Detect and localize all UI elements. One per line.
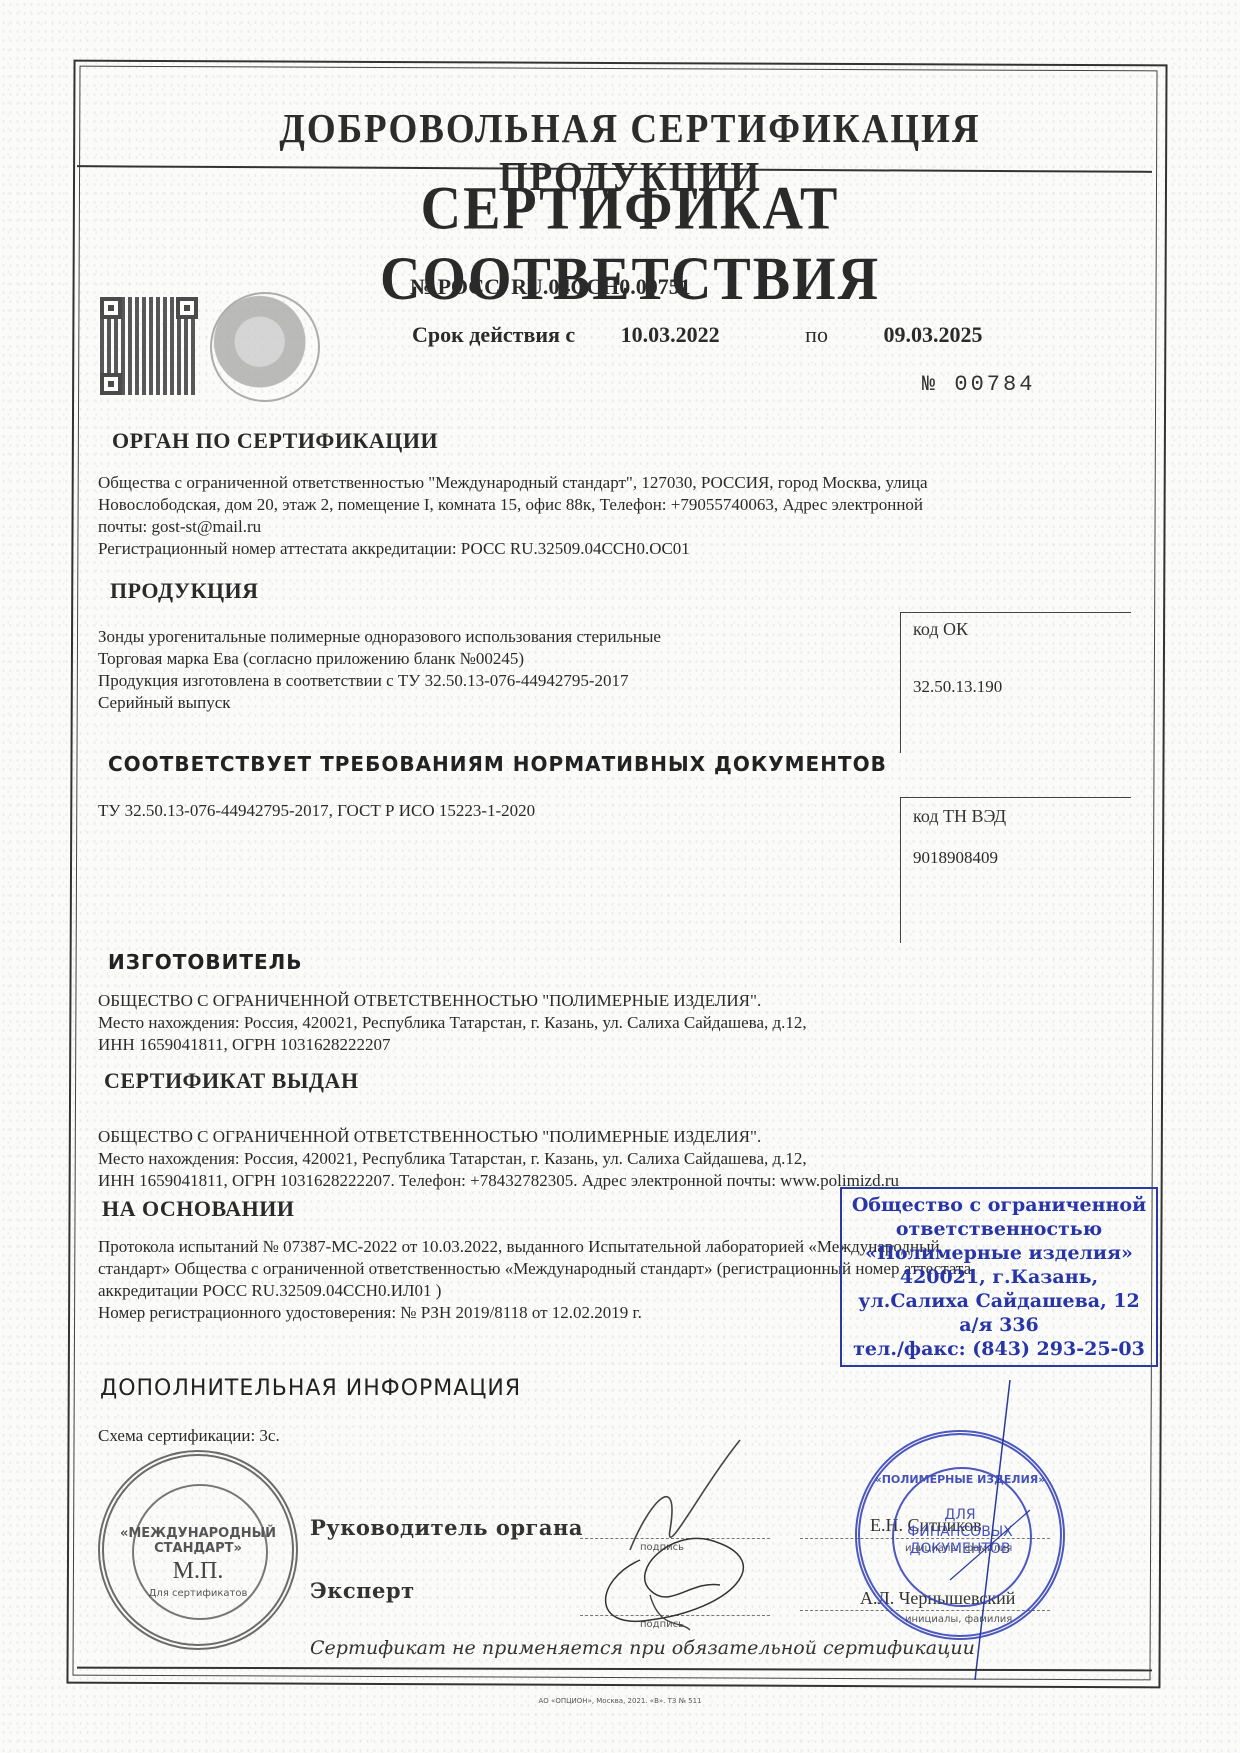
certification-body-line: Общества с ограниченной ответственностью… <box>98 472 1148 494</box>
product-details: Зонды урогенитальные полимерные одноразо… <box>98 626 878 714</box>
certification-body-seal: «МЕЖДУНАРОДНЫЙ СТАНДАРТ» М.П. Для сертиф… <box>98 1450 298 1650</box>
issued-to-details: ОБЩЕСТВО С ОГРАНИЧЕННОЙ ОТВЕТСТВЕННОСТЬЮ… <box>98 1126 1138 1192</box>
printer-imprint: АО «ОПЦИОН», Москва, 2021. «В». ТЗ № 511 <box>0 1697 1240 1705</box>
issued-to-heading: СЕРТИФИКАТ ВЫДАН <box>104 1068 359 1094</box>
manufacturer-line: Место нахождения: Россия, 420021, Респуб… <box>98 1012 1098 1034</box>
tnved-code-label: код ТН ВЭД <box>913 806 1006 827</box>
certificate-number: № РОСС. RU.04CCH0.00751 <box>410 274 691 300</box>
manufacturer-heading: ИЗГОТОВИТЕЛЬ <box>108 950 302 974</box>
certification-body-details: Общества с ограниченной ответственностью… <box>98 472 1148 560</box>
certification-body-line: почты: gost-st@mail.ru <box>98 516 1148 538</box>
product-line: Торговая марка Ева (согласно приложению … <box>98 648 878 670</box>
product-heading: ПРОДУКЦИЯ <box>110 578 259 604</box>
compliance-heading: СООТВЕТСТВУЕТ ТРЕБОВАНИЯМ НОРМАТИВНЫХ ДО… <box>108 752 887 776</box>
head-of-body-label: Руководитель органа <box>310 1515 583 1540</box>
qr-code-icon <box>100 297 198 395</box>
stamp-place-label: М.П. <box>104 1558 292 1585</box>
expert-label: Эксперт <box>310 1578 415 1603</box>
manufacturer-details: ОБЩЕСТВО С ОГРАНИЧЕННОЙ ОТВЕТСТВЕННОСТЬЮ… <box>98 990 1098 1056</box>
valid-to-label: по <box>805 322 828 348</box>
issued-to-line: ОБЩЕСТВО С ОГРАНИЧЕННОЙ ОТВЕТСТВЕННОСТЬЮ… <box>98 1126 1138 1148</box>
additional-info-heading: ДОПОЛНИТЕЛЬНАЯ ИНФОРМАЦИЯ <box>100 1376 521 1401</box>
handwritten-signature-icon <box>590 1430 780 1640</box>
manufacturer-line: ИНН 1659041811, ОГРН 1031628222207 <box>98 1034 1098 1056</box>
product-line: Продукция изготовлена в соответствии с Т… <box>98 670 878 692</box>
ok-code-value: 32.50.13.190 <box>913 677 1002 697</box>
valid-to-date: 09.03.2025 <box>883 322 982 348</box>
basis-heading: НА ОСНОВАНИИ <box>102 1196 295 1222</box>
validity-period: Срок действия с 10.03.2022 по 09.03.2025 <box>412 322 982 348</box>
issued-to-line: Место нахождения: Россия, 420021, Респуб… <box>98 1148 1138 1170</box>
company-stamp-line: Общество с ограниченной <box>842 1193 1156 1217</box>
compliance-documents: ТУ 32.50.13-076-44942795-2017, ГОСТ Р ИС… <box>98 800 535 822</box>
company-stamp-line: а/я 336 <box>842 1313 1156 1337</box>
validity-label: Срок действия с <box>412 322 575 348</box>
company-stamp: Общество с ограниченной ответственностью… <box>840 1187 1158 1367</box>
footer-note: Сертификат не применяется при обязательн… <box>310 1637 975 1659</box>
certification-body-heading: ОРГАН ПО СЕРТИФИКАЦИИ <box>112 428 438 454</box>
valid-from-date: 10.03.2022 <box>621 322 720 348</box>
blank-number: № 00784 <box>922 372 1035 397</box>
product-line: Серийный выпуск <box>98 692 878 714</box>
seal-org-name: «МЕЖДУНАРОДНЫЙ СТАНДАРТ» <box>104 1526 292 1556</box>
manufacturer-line: ОБЩЕСТВО С ОГРАНИЧЕННОЙ ОТВЕТСТВЕННОСТЬЮ… <box>98 990 1098 1012</box>
certification-body-line: Новослободская, дом 20, этаж 2, помещени… <box>98 494 1148 516</box>
company-stamp-line: тел./факс: (843) 293-25-03 <box>842 1337 1156 1361</box>
certification-body-line: Регистрационный номер аттестата аккредит… <box>98 538 1148 560</box>
blue-pen-stroke-icon <box>930 1380 1050 1680</box>
seal-subtitle: Для сертификатов <box>104 1588 292 1599</box>
ok-code-label: код ОК <box>913 619 968 640</box>
certification-scheme: Схема сертификации: 3с. <box>98 1425 280 1447</box>
company-stamp-line: ответственностью <box>842 1217 1156 1241</box>
tnved-code-box: код ТН ВЭД 9018908409 <box>900 797 1131 943</box>
product-line: Зонды урогенитальные полимерные одноразо… <box>98 626 878 648</box>
company-stamp-line: «Полимерные изделия» <box>842 1241 1156 1265</box>
tnved-code-value: 9018908409 <box>913 848 998 868</box>
ok-code-box: код ОК 32.50.13.190 <box>900 612 1131 753</box>
company-stamp-line: ул.Салиха Сайдашева, 12 <box>842 1289 1156 1313</box>
company-stamp-line: 420021, г.Казань, <box>842 1265 1156 1289</box>
globe-emblem-icon <box>210 292 320 402</box>
